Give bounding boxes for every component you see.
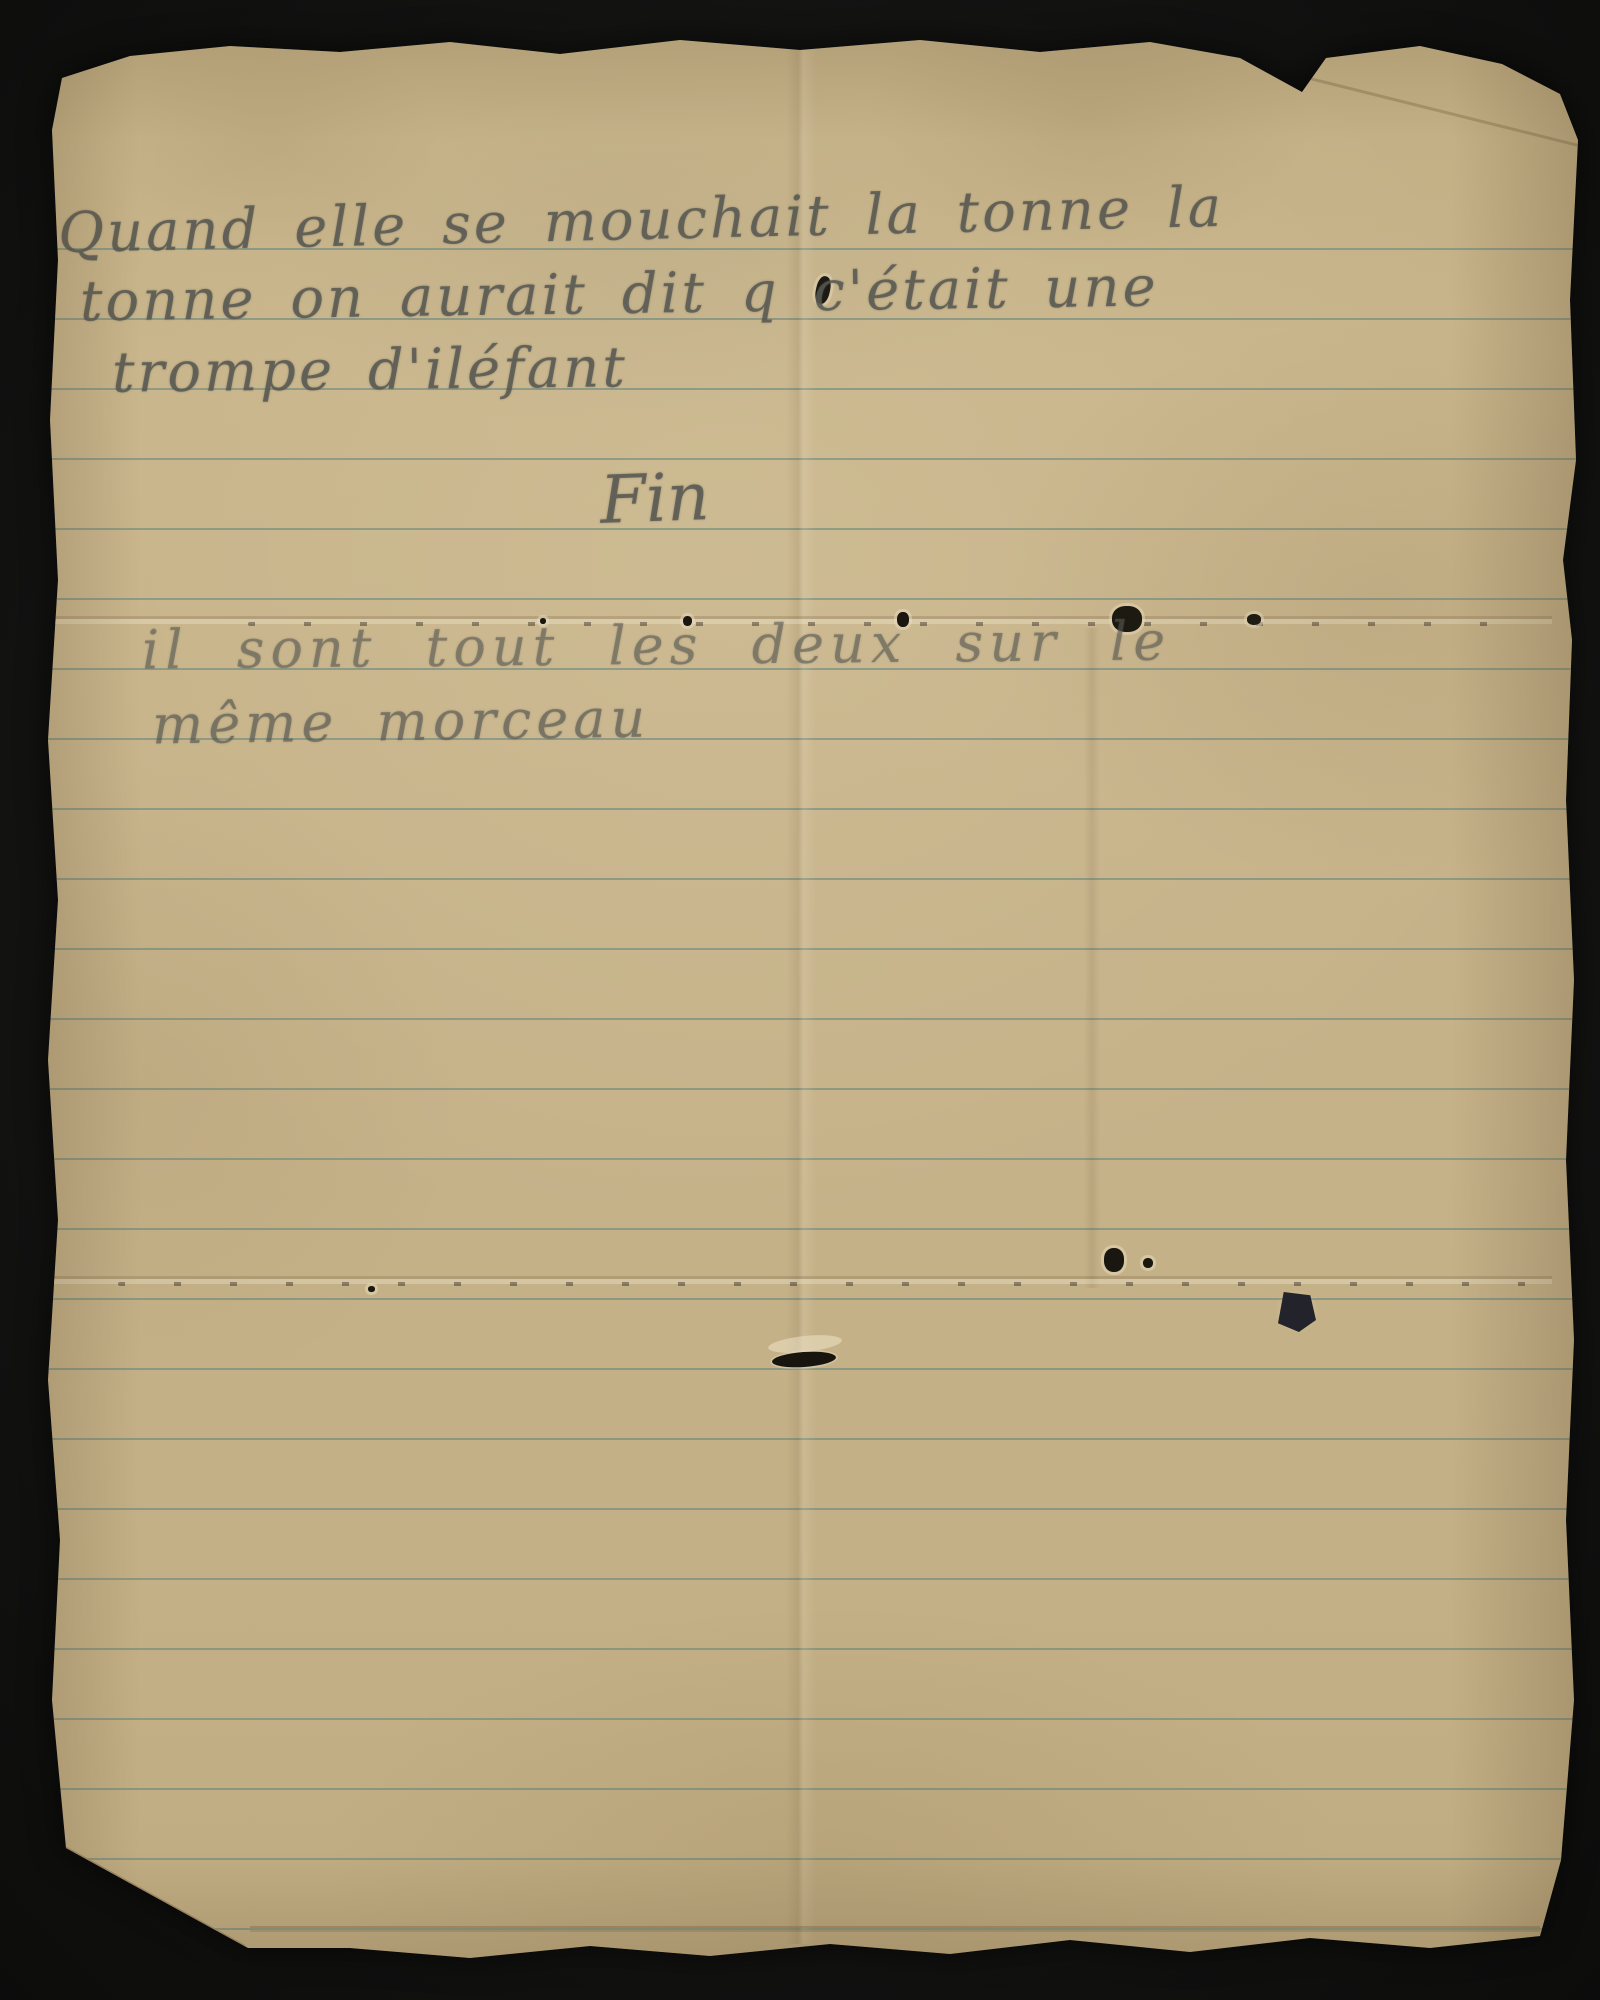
stain-streak: [1084, 628, 1100, 1288]
paper-shadow-wrap: Quand elle se mouchait la tonne la tonne…: [0, 0, 1600, 2000]
crease-pinholes: [118, 1282, 1532, 1286]
vertical-fold-crease: [786, 44, 816, 1944]
paper-hole: [1247, 614, 1261, 625]
handwritten-line-3: trompe d'iléfant: [112, 335, 628, 405]
paper-hole: [1104, 1248, 1124, 1272]
paper-hole: [1143, 1258, 1153, 1268]
scanned-document: Quand elle se mouchait la tonne la tonne…: [0, 0, 1600, 2000]
paper-hole: [368, 1286, 375, 1292]
bottom-edge-crease: [250, 1926, 1540, 1933]
handwritten-fin: Fin: [599, 458, 711, 539]
top-right-crease: [1305, 76, 1583, 148]
horizontal-fold-crease-lower: [48, 1276, 1552, 1286]
paper-sheet: Quand elle se mouchait la tonne la tonne…: [0, 0, 1600, 2000]
handwritten-line-5: même morceau: [152, 687, 651, 757]
handwritten-line-4: il sont tout les deux sur le: [142, 610, 1172, 682]
